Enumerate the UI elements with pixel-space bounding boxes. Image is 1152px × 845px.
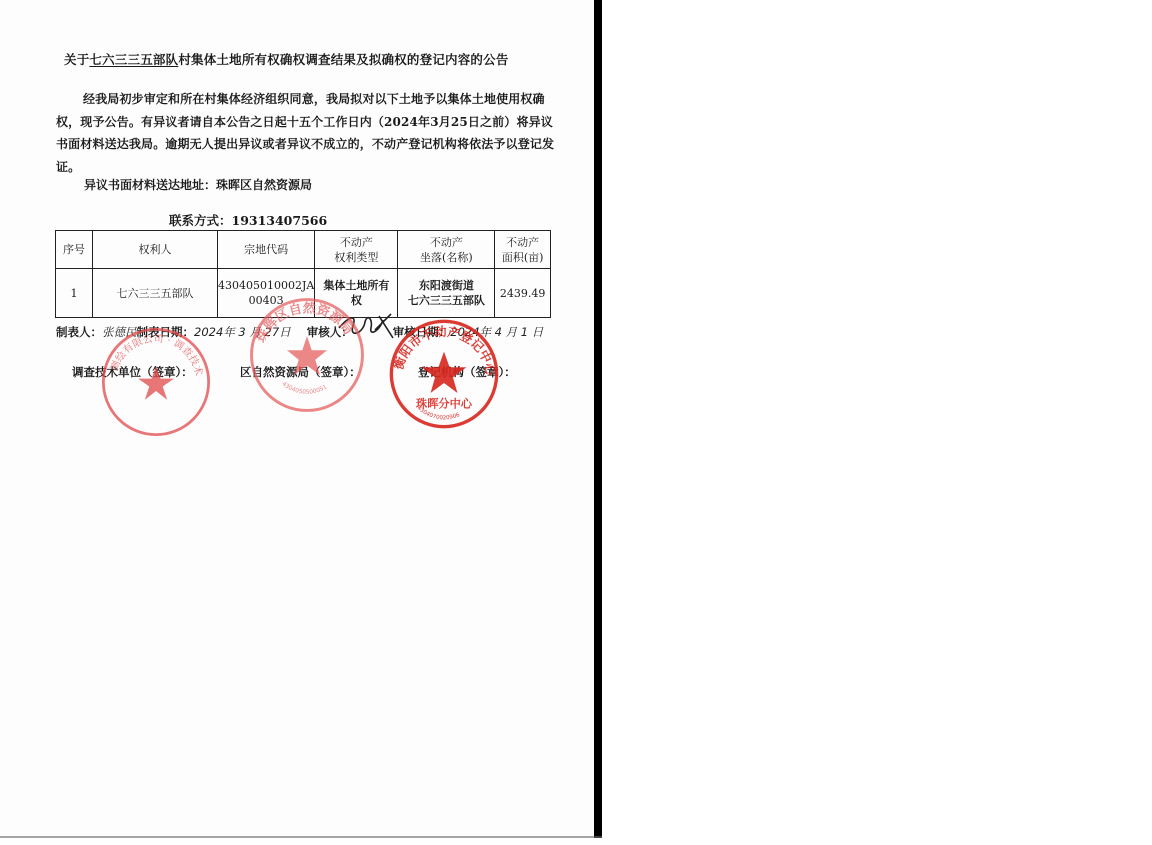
prepared-by-signature: 张德民	[102, 325, 137, 339]
cell-parcel-code: 430405010002JA00403	[218, 269, 315, 318]
table-header-row: 序号 权利人 宗地代码 不动产权利类型 不动产坐落(名称) 不动产面积(亩)	[56, 231, 551, 269]
header-area: 不动产面积(亩)	[495, 231, 551, 269]
contact-line: 联系方式：19313407566	[169, 211, 327, 229]
prepared-review-line: 制表人：张德民制表日期：2024年 3 月 27日 审核人： 审核日期：2024…	[56, 324, 543, 340]
header-parcel-code: 宗地代码	[218, 231, 315, 269]
survey-unit-sign-label: 调查技术单位（签章）：	[72, 364, 193, 380]
svg-text:珠晖分中心: 珠晖分中心	[416, 397, 473, 411]
header-location: 不动产坐落(名称)	[398, 231, 495, 269]
prepared-date-label: 制表日期：	[137, 325, 195, 339]
title-unit-name: 七六三三五部队	[89, 52, 178, 67]
cell-right-type: 集体土地所有权	[315, 269, 398, 318]
survey-unit-seal: 测绘有限公司 · 调查技术	[100, 326, 212, 438]
prepared-date: 2024年 3 月 27日	[194, 325, 291, 339]
prepared-by-label: 制表人：	[56, 325, 102, 339]
cell-index: 1	[56, 269, 93, 318]
header-index: 序号	[56, 231, 93, 269]
bureau-sign-label: 区自然资源局（签章）：	[240, 364, 361, 380]
cell-owner: 七六三三五部队	[93, 269, 218, 318]
cell-location: 东阳渡街道七六三三五部队	[398, 269, 495, 318]
svg-text:4304070020906: 4304070020906	[416, 405, 462, 421]
review-date-label: 审核日期：	[393, 325, 451, 339]
title-suffix: 村集体土地所有权确权调查结果及拟确权的登记内容的公告	[178, 52, 508, 67]
header-right-type: 不动产权利类型	[315, 231, 398, 269]
reviewer-label: 审核人：	[307, 325, 353, 339]
registration-table: 序号 权利人 宗地代码 不动产权利类型 不动产坐落(名称) 不动产面积(亩) 1…	[55, 230, 551, 318]
objection-address: 异议书面材料送达地址：珠晖区自然资源局	[84, 176, 312, 193]
header-owner: 权利人	[93, 231, 218, 269]
registry-sign-label: 登记机构（签章）：	[418, 364, 516, 380]
scan-edge-right	[594, 0, 602, 838]
scanned-page: 关于七六三三五部队村集体土地所有权确权调查结果及拟确权的登记内容的公告 经我局初…	[0, 0, 594, 838]
title-prefix: 关于	[64, 52, 89, 67]
review-date: 2024年 4 月 1 日	[450, 325, 543, 339]
notice-body-text: 经我局初步审定和所在村集体经济组织同意，我局拟对以下土地予以集体土地使用权确权，…	[56, 92, 554, 174]
svg-text:4304050500051: 4304050500051	[281, 381, 329, 396]
notice-title: 关于七六三三五部队村集体土地所有权确权调查结果及拟确权的登记内容的公告	[64, 50, 509, 68]
scan-edge-bottom	[0, 836, 602, 838]
cell-area: 2439.49	[495, 269, 551, 318]
notice-body: 经我局初步审定和所在村集体经济组织同意，我局拟对以下土地予以集体土地使用权确权，…	[56, 88, 556, 178]
table-row: 1 七六三三五部队 430405010002JA00403 集体土地所有权 东阳…	[56, 269, 551, 318]
